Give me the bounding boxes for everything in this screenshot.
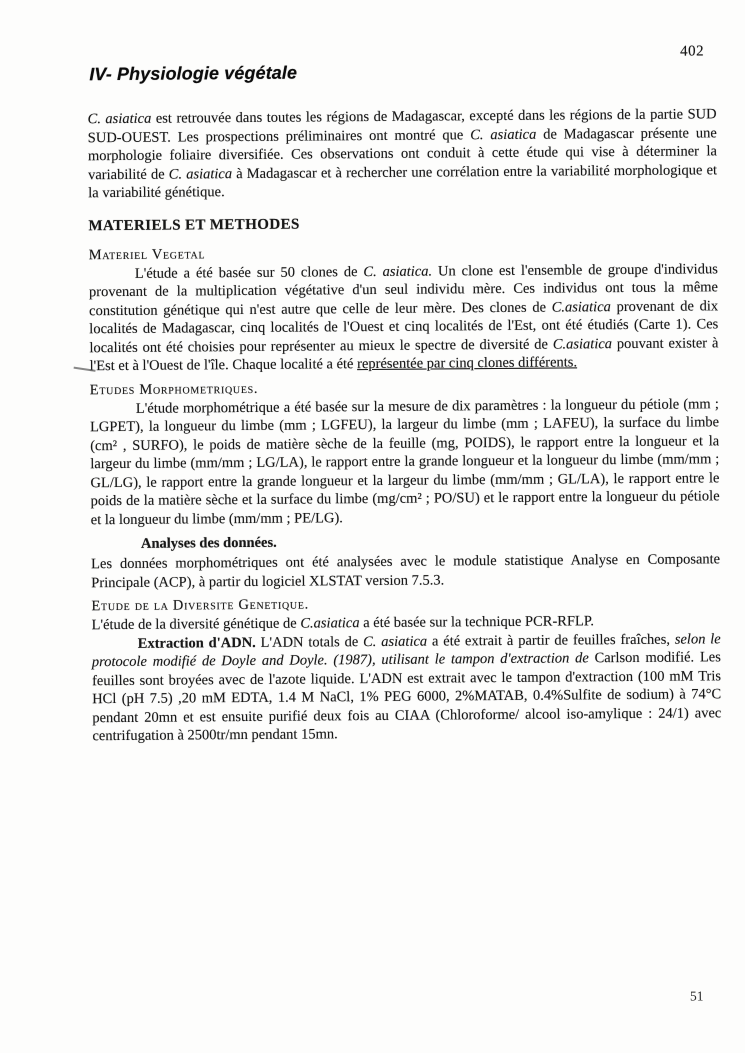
page-content-tilted: 402 IV- Physiologie végétale C. asiatica… [0,0,745,1053]
intro-paragraph: C. asiatica est retrouvée dans toutes le… [88,105,718,202]
materiel-vegetal-paragraph: L'étude a été basée sur 50 clones de C. … [89,260,719,376]
text-column: C. asiatica est retrouvée dans toutes le… [87,0,722,746]
page-number-bottom: 51 [690,988,704,1004]
etudes-morphometriques-paragraph: L'étude morphométrique a été basée sur l… [90,395,720,529]
extraction-adn-paragraph: Extraction d'ADN. L'ADN totals de C. asi… [92,630,722,746]
scanned-page: 402 IV- Physiologie végétale C. asiatica… [0,0,745,1053]
heading-analyses-des-donnees: Analyses des données. [91,531,720,553]
analyses-paragraph: Les données morphométriques ont été anal… [91,550,720,592]
heading-materiels-et-methodes: MATERIELS ET METHODES [88,213,717,235]
